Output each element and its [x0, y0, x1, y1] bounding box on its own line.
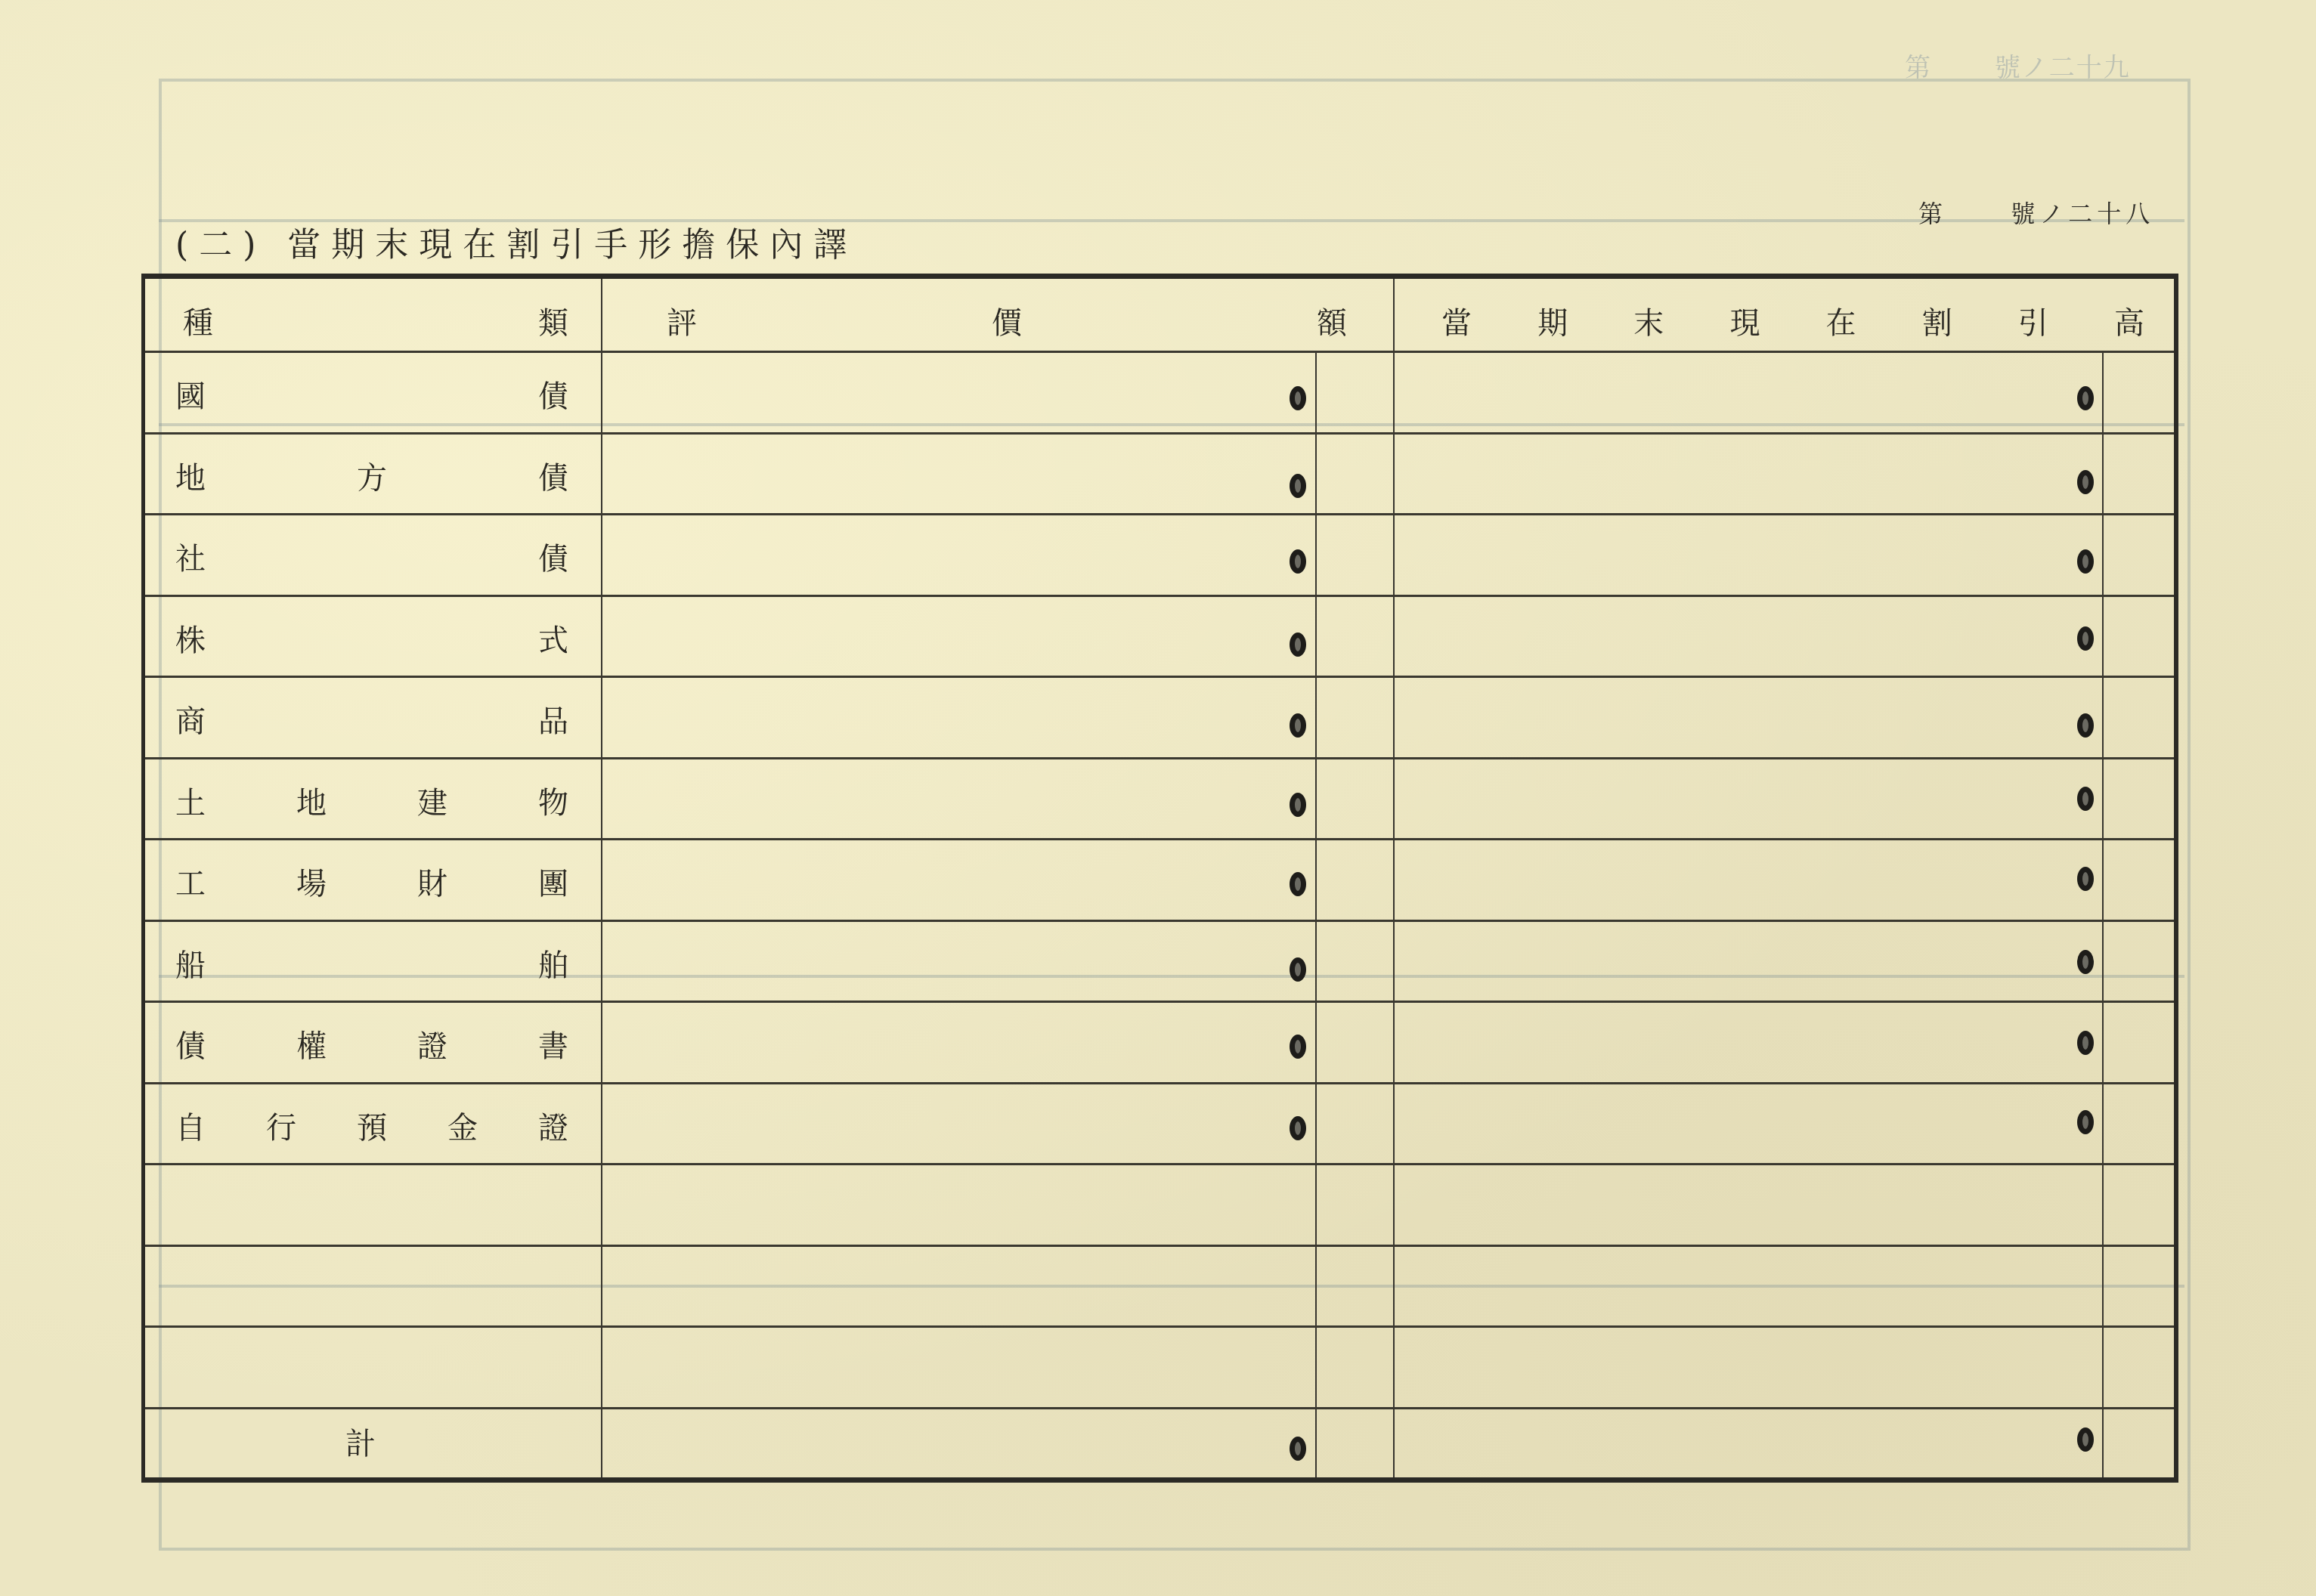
total-label: 計: [345, 1420, 376, 1463]
label-char: 場: [296, 860, 327, 903]
row-label-commodities: 商 品: [175, 696, 568, 741]
row-divider: [145, 1245, 2174, 1247]
label-char: 金: [447, 1104, 478, 1147]
label-char: 債: [538, 373, 568, 416]
label-char: 品: [538, 697, 568, 741]
row-divider: [145, 838, 2174, 840]
header-valuation: 評 價 額: [667, 298, 1347, 343]
label-char: 建: [417, 779, 447, 822]
label-char: 工: [175, 860, 206, 903]
valuation-zero: [1290, 386, 1306, 410]
header-char: 末: [1633, 299, 1664, 342]
total-discount-zero: [2077, 1427, 2094, 1452]
valuation-zero: [1290, 633, 1306, 657]
label-char: 行: [266, 1104, 296, 1147]
header-char: 當: [1441, 299, 1472, 342]
row-label-own-deposit-certificates: 自 行 預 金 證: [175, 1103, 568, 1148]
discount-zero: [2077, 470, 2094, 494]
sen-subcolumn-divider: [1315, 351, 1317, 1477]
row-label-ships: 船 舶: [175, 940, 568, 985]
label-char: 債: [175, 1022, 206, 1066]
label-char: 社: [175, 535, 206, 578]
row-divider: [145, 1325, 2174, 1328]
row-divider: [145, 595, 2174, 597]
discount-zero: [2077, 787, 2094, 811]
discount-zero: [2077, 549, 2094, 574]
valuation-zero: [1290, 1116, 1306, 1140]
header-char: 類: [538, 299, 568, 342]
row-label-local-bonds: 地 方 債: [175, 453, 568, 498]
label-char: 預: [357, 1104, 387, 1147]
header-char: 價: [992, 299, 1022, 342]
row-divider: [145, 1163, 2174, 1165]
page-number: 第 號ノ二十八: [1918, 195, 2154, 230]
row-label-stocks: 株 式: [175, 615, 568, 660]
row-divider: [145, 1001, 2174, 1003]
label-char: 權: [296, 1022, 327, 1066]
label-char: 方: [357, 454, 387, 497]
row-divider: [145, 1407, 2174, 1409]
label-char: 土: [175, 779, 206, 822]
collateral-table: 種 類 評 價 額 當 期 末 現 在 割 引 高 國 債 地 方 債 社 債 …: [141, 274, 2178, 1483]
discount-zero: [2077, 1031, 2094, 1055]
valuation-zero: [1290, 793, 1306, 817]
row-divider: [145, 676, 2174, 678]
page-number-left: 第: [1918, 199, 1943, 228]
label-char: 債: [538, 454, 568, 497]
label-char: 地: [296, 779, 327, 822]
valuation-zero: [1290, 549, 1306, 574]
label-char: 債: [538, 535, 568, 578]
valuation-zero: [1290, 957, 1306, 982]
label-char: 證: [538, 1104, 568, 1147]
label-char: 自: [175, 1104, 206, 1147]
header-char: 期: [1537, 299, 1568, 342]
label-char: 舶: [538, 942, 568, 985]
label-char: 式: [538, 617, 568, 660]
label-char: 船: [175, 942, 206, 985]
row-label-corporate-bonds: 社 債: [175, 534, 568, 579]
header-char: 高: [2114, 299, 2144, 342]
label-char: 商: [175, 697, 206, 741]
header-char: 評: [667, 299, 697, 342]
page-number-right: 號ノ二十八: [2011, 199, 2154, 228]
header-char: 在: [1826, 299, 1856, 342]
row-label-debt-certificates: 債 權 證 書: [175, 1021, 568, 1066]
row-label-national-bonds: 國 債: [175, 371, 568, 416]
column-divider: [601, 279, 602, 1477]
header-char: 現: [1729, 299, 1760, 342]
discount-zero: [2077, 386, 2094, 410]
discount-zero: [2077, 1110, 2094, 1134]
label-char: 團: [538, 860, 568, 903]
row-divider: [145, 432, 2174, 435]
row-divider: [145, 513, 2174, 515]
valuation-zero: [1290, 1035, 1306, 1059]
header-char: 種: [183, 299, 213, 342]
column-divider: [1393, 279, 1395, 1477]
label-char: 書: [538, 1022, 568, 1066]
label-char: 物: [538, 779, 568, 822]
row-label-land-buildings: 土 地 建 物: [175, 778, 568, 823]
discount-zero: [2077, 950, 2094, 974]
header-char: 引: [2018, 299, 2048, 342]
label-char: 國: [175, 373, 206, 416]
header-char: 割: [1922, 299, 1952, 342]
row-divider: [145, 1082, 2174, 1084]
row-divider: [145, 920, 2174, 922]
row-divider: [145, 757, 2174, 759]
label-char: 證: [417, 1022, 447, 1066]
row-label-factory-foundation: 工 場 財 團: [175, 858, 568, 904]
label-char: 財: [417, 860, 447, 903]
discount-zero: [2077, 867, 2094, 891]
valuation-zero: [1290, 713, 1306, 738]
section-title: (二) 當期末現在割引手形擔保內譯: [175, 218, 857, 266]
valuation-zero: [1290, 474, 1306, 498]
label-char: 株: [175, 617, 206, 660]
label-char: 地: [175, 454, 206, 497]
valuation-zero: [1290, 872, 1306, 896]
total-valuation-zero: [1290, 1437, 1306, 1461]
header-char: 額: [1317, 299, 1347, 342]
discount-zero: [2077, 713, 2094, 738]
header-discount-balance: 當 期 末 現 在 割 引 高: [1441, 298, 2144, 343]
row-divider: [145, 351, 2174, 353]
sen-subcolumn-divider: [2102, 351, 2104, 1477]
discount-zero: [2077, 626, 2094, 651]
header-type: 種 類: [183, 298, 568, 343]
